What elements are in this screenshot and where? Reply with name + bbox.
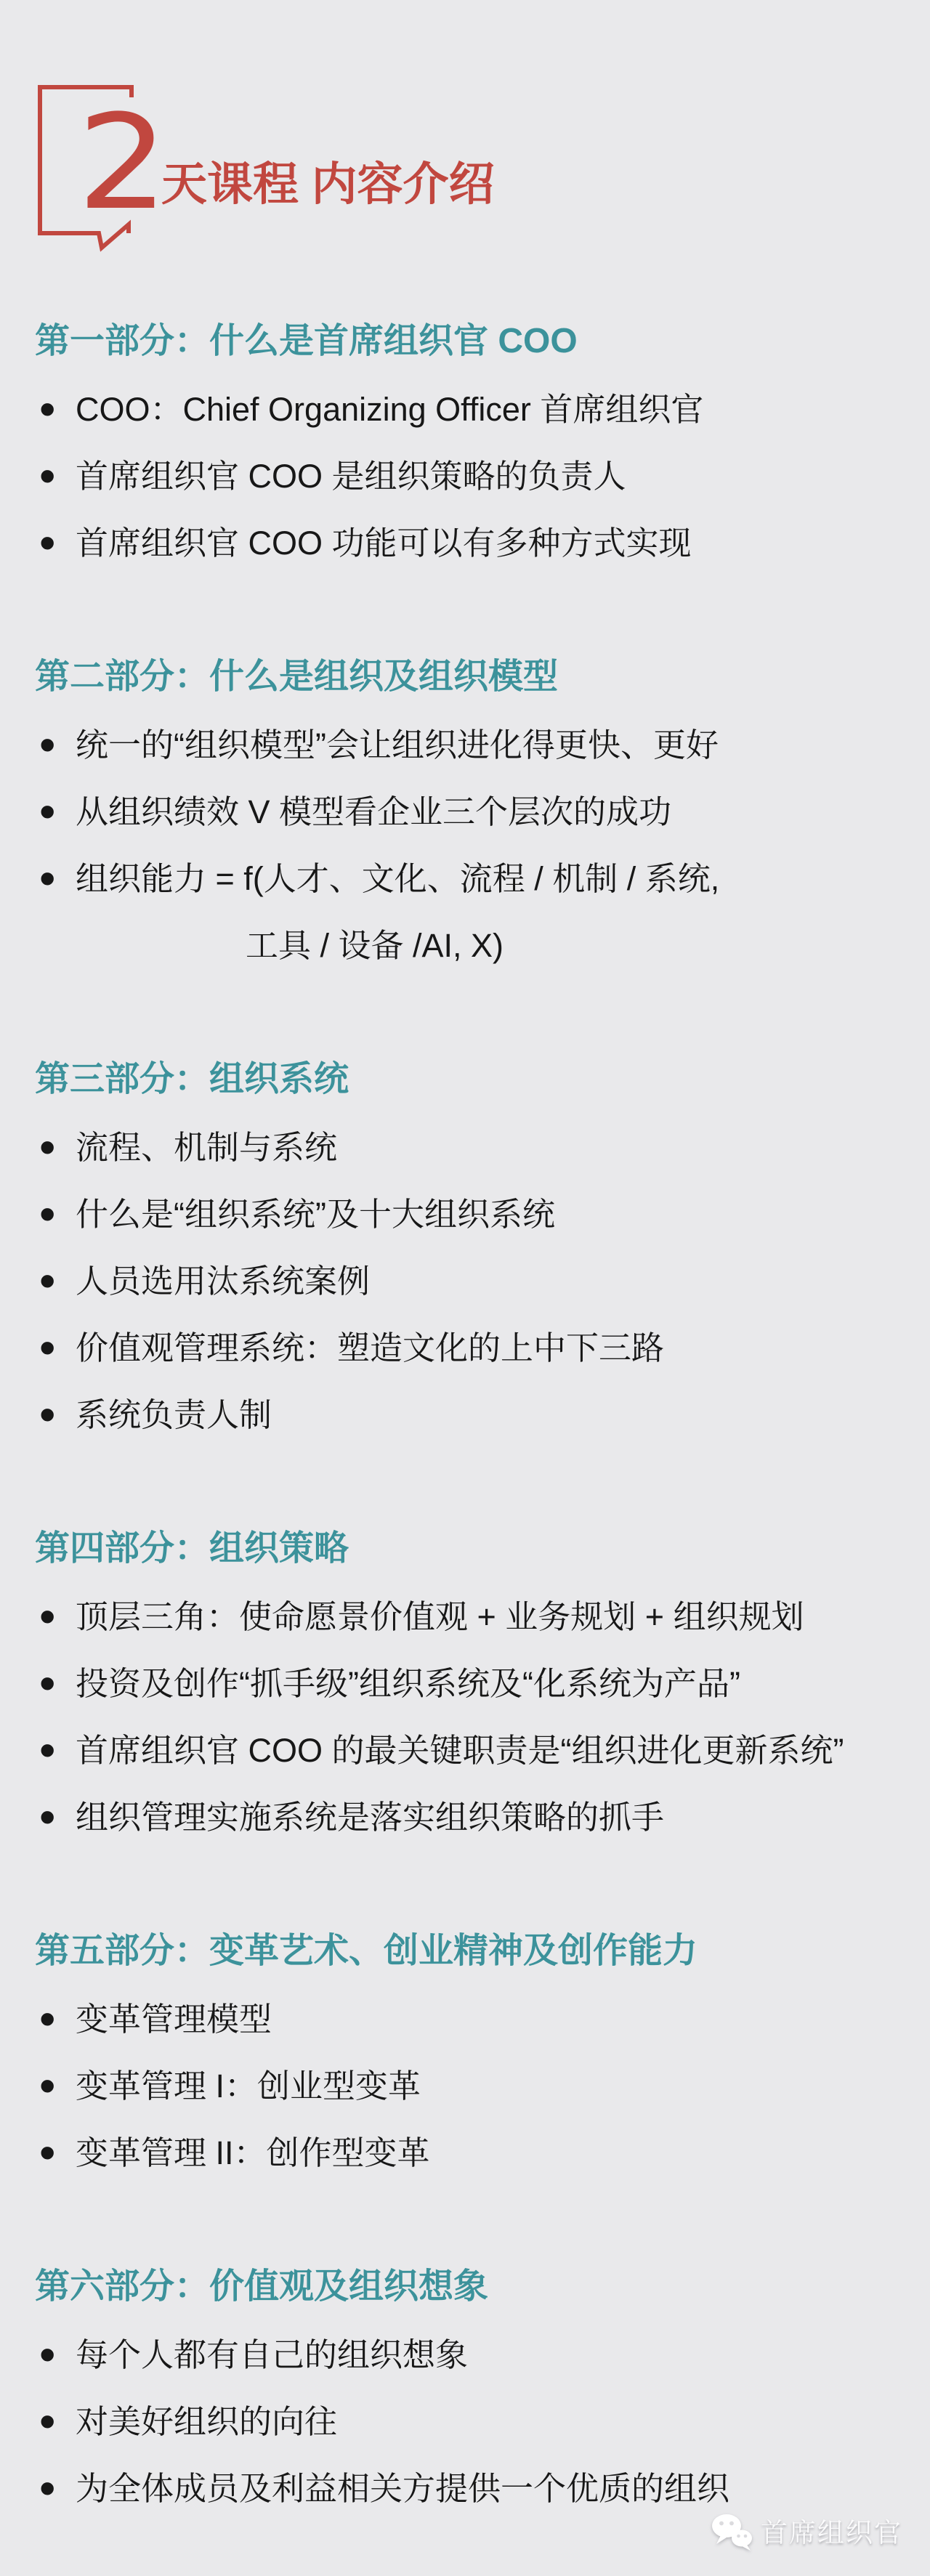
section-2: 第二部分：什么是组织及组织模型 • 统一的“组织模型”会让组织进化得更快、更好 … — [35, 659, 905, 963]
bullet-icon: • — [39, 1733, 64, 1767]
bullet-text: 顶层三角：使命愿景价值观 + 业务规划 + 组织规划 — [76, 1600, 905, 1635]
section-6-heading: 第六部分：价值观及组织想象 — [35, 2269, 905, 2305]
bullet-text: 从组织绩效 V 模型看企业三个层次的成功 — [76, 795, 905, 830]
section-5-heading: 第五部分：变革艺术、创业精神及创作能力 — [35, 1933, 905, 1969]
bullet-text: 工具 / 设备 /AI, X) — [246, 928, 905, 963]
section-3-heading: 第三部分：组织系统 — [35, 1061, 905, 1098]
list-item: • COO：Chief Organizing Officer 首席组织官 — [35, 392, 905, 427]
bullet-icon: • — [39, 459, 64, 493]
list-item-continuation: 工具 / 设备 /AI, X) — [246, 928, 905, 963]
list-item: • 首席组织官 COO 的最关键职责是“组织进化更新系统” — [35, 1733, 905, 1768]
list-item: • 顶层三角：使命愿景价值观 + 业务规划 + 组织规划 — [35, 1600, 905, 1635]
bullet-icon: • — [39, 862, 64, 895]
bullet-text: 变革管理 I：创业型变革 — [76, 2069, 905, 2104]
bullet-text: 什么是“组织系统”及十大组织系统 — [76, 1197, 905, 1232]
list-item: • 组织管理实施系统是落实组织策略的抓手 — [35, 1800, 905, 1835]
bullet-text: 首席组织官 COO 的最关键职责是“组织进化更新系统” — [76, 1733, 905, 1768]
wechat-icon — [711, 2514, 753, 2551]
bullet-icon: • — [39, 526, 64, 559]
bullet-text: 组织管理实施系统是落实组织策略的抓手 — [76, 1800, 905, 1835]
list-item: • 价值观管理系统：塑造文化的上中下三路 — [35, 1331, 905, 1366]
bullet-text: 价值观管理系统：塑造文化的上中下三路 — [76, 1331, 905, 1366]
section-1: 第一部分：什么是首席组织官 COO • COO：Chief Organizing… — [35, 323, 905, 561]
bullet-icon: • — [39, 1197, 64, 1231]
section-4-heading: 第四部分：组织策略 — [35, 1531, 905, 1567]
bullet-text: 为全体成员及利益相关方提供一个优质的组织 — [76, 2471, 905, 2506]
list-item: • 每个人都有自己的组织想象 — [35, 2338, 905, 2373]
list-item: • 统一的“组织模型”会让组织进化得更快、更好 — [35, 728, 905, 763]
list-item: • 流程、机制与系统 — [35, 1130, 905, 1165]
bullet-icon: • — [39, 2471, 64, 2505]
list-item: • 变革管理 I：创业型变革 — [35, 2069, 905, 2104]
course-content: 第一部分：什么是首席组织官 COO • COO：Chief Organizing… — [0, 323, 930, 2506]
bullet-text: 对美好组织的向往 — [76, 2405, 905, 2439]
list-item: • 系统负责人制 — [35, 1398, 905, 1433]
bullet-text: 变革管理模型 — [76, 2002, 905, 2037]
bullet-text: 首席组织官 COO 功能可以有多种方式实现 — [76, 526, 905, 561]
section-3: 第三部分：组织系统 • 流程、机制与系统 • 什么是“组织系统”及十大组织系统 … — [35, 1061, 905, 1433]
section-5: 第五部分：变革艺术、创业精神及创作能力 • 变革管理模型 • 变革管理 I：创业… — [35, 1933, 905, 2171]
watermark-text: 首席组织官 — [761, 2519, 902, 2546]
bullet-icon: • — [39, 2405, 64, 2438]
bullet-text: COO：Chief Organizing Officer 首席组织官 — [76, 392, 905, 427]
list-item: • 投资及创作“抓手级”组织系统及“化系统为产品” — [35, 1666, 905, 1701]
bullet-icon: • — [39, 2136, 64, 2169]
bullet-icon: • — [39, 2002, 64, 2036]
bullet-icon: • — [39, 1666, 64, 1700]
bullet-icon: • — [39, 2069, 64, 2102]
section-4: 第四部分：组织策略 • 顶层三角：使命愿景价值观 + 业务规划 + 组织规划 •… — [35, 1531, 905, 1835]
list-item: • 人员选用汰系统案例 — [35, 1264, 905, 1299]
bullet-icon: • — [39, 2338, 64, 2371]
bullet-icon: • — [39, 1331, 64, 1364]
list-item: • 变革管理 II：创作型变革 — [35, 2136, 905, 2171]
bullet-icon: • — [39, 728, 64, 761]
section-1-heading: 第一部分：什么是首席组织官 COO — [35, 323, 905, 360]
list-item: • 首席组织官 COO 是组织策略的负责人 — [35, 459, 905, 494]
list-item: • 对美好组织的向往 — [35, 2405, 905, 2439]
wechat-bubbles — [712, 2514, 752, 2551]
bullet-text: 人员选用汰系统案例 — [76, 1264, 905, 1299]
list-item: • 为全体成员及利益相关方提供一个优质的组织 — [35, 2471, 905, 2506]
bullet-text: 流程、机制与系统 — [76, 1130, 905, 1165]
bullet-icon: • — [39, 1264, 64, 1297]
list-item: • 从组织绩效 V 模型看企业三个层次的成功 — [35, 795, 905, 830]
page-title: 天课程 内容介绍 — [161, 162, 495, 208]
bullet-text: 投资及创作“抓手级”组织系统及“化系统为产品” — [76, 1666, 905, 1701]
bullet-text: 组织能力 = f(人才、文化、流程 / 机制 / 系统, — [76, 862, 905, 896]
bullet-text: 统一的“组织模型”会让组织进化得更快、更好 — [76, 728, 905, 763]
list-item: • 变革管理模型 — [35, 2002, 905, 2037]
watermark: 首席组织官 — [711, 2514, 902, 2551]
list-item: • 什么是“组织系统”及十大组织系统 — [35, 1197, 905, 1232]
bullet-text: 每个人都有自己的组织想象 — [76, 2338, 905, 2373]
bullet-icon: • — [39, 1800, 64, 1834]
list-item: • 首席组织官 COO 功能可以有多种方式实现 — [35, 526, 905, 561]
bullet-text: 变革管理 II：创作型变革 — [76, 2136, 905, 2171]
section-2-heading: 第二部分：什么是组织及组织模型 — [35, 659, 905, 695]
course-header: 2 天课程 内容介绍 — [0, 0, 930, 312]
course-intro-poster: 2 天课程 内容介绍 第一部分：什么是首席组织官 COO • COO：Chief… — [0, 0, 930, 2576]
list-item: • 组织能力 = f(人才、文化、流程 / 机制 / 系统, — [35, 862, 905, 896]
section-6: 第六部分：价值观及组织想象 • 每个人都有自己的组织想象 • 对美好组织的向往 … — [35, 2269, 905, 2506]
bullet-icon: • — [39, 1398, 64, 1431]
big-number: 2 — [77, 98, 169, 229]
bullet-icon: • — [39, 392, 64, 426]
bullet-icon: • — [39, 1600, 64, 1633]
bullet-icon: • — [39, 1130, 64, 1164]
bullet-text: 首席组织官 COO 是组织策略的负责人 — [76, 459, 905, 494]
bullet-text: 系统负责人制 — [76, 1398, 905, 1433]
bullet-icon: • — [39, 795, 64, 828]
